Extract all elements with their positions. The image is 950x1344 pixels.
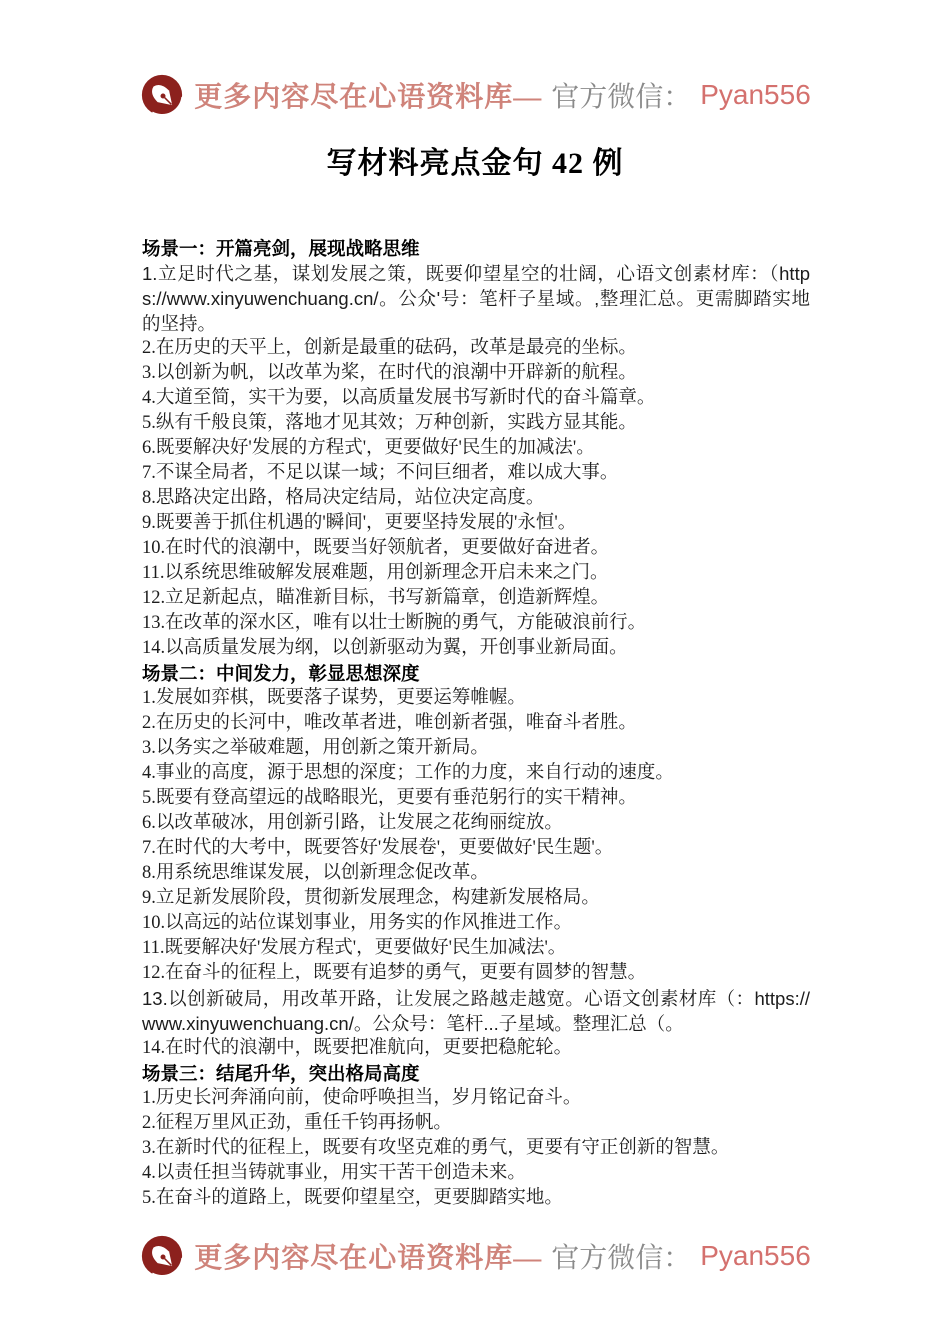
header-banner: 更多内容尽在心语资料库— 官方微信： Pyan556: [0, 72, 950, 118]
sentence-item: 12.立足新起点，瞄准新目标，书写新篇章，创造新辉煌。: [142, 586, 810, 611]
section-heading: 场景三：结尾升华，突出格局高度: [142, 1061, 810, 1086]
sentence-item: 1.发展如弈棋，既要落子谋势，更要运筹帷幄。: [142, 686, 810, 711]
footer-banner: 更多内容尽在心语资料库— 官方微信： Pyan556: [0, 1233, 950, 1279]
sentence-item: 7.在时代的大考中，既要答好'发展卷'，更要做好'民生题'。: [142, 836, 810, 861]
sentence-item: 9.立足新发展阶段，贯彻新发展理念，构建新发展格局。: [142, 886, 810, 911]
sentence-item: 14.以高质量发展为纲，以创新驱动为翼，开创事业新局面。: [142, 636, 810, 661]
sentence-item: 8.思路决定出路，格局决定结局，站位决定高度。: [142, 486, 810, 511]
sentence-item: 10.在时代的浪潮中，既要当好领航者，更要做好奋进者。: [142, 536, 810, 561]
sentence-item: 7.不谋全局者，不足以谋一域；不问巨细者，难以成大事。: [142, 461, 810, 486]
sentence-item: 4.事业的高度，源于思想的深度；工作的力度，来自行动的速度。: [142, 761, 810, 786]
sentence-item: 5.纵有千般良策，落地才见其效；万种创新，实践方显其能。: [142, 411, 810, 436]
sentence-item: 13.以创新破局，用改革开路，让发展之路越走越宽。心语文创素材库（：https:…: [142, 986, 810, 1036]
banner-brand-text: 更多内容尽在心语资料库—: [194, 75, 542, 115]
sentence-item: 2.在历史的长河中，唯改革者进，唯创新者强，唯奋斗者胜。: [142, 711, 810, 736]
banner-wechat-label: 官方微信：: [551, 75, 691, 115]
sentence-item: 13.在改革的深水区，唯有以壮士断腕的勇气，方能破浪前行。: [142, 611, 810, 636]
sentence-item: 11.以系统思维破解发展难题，用创新理念开启未来之门。: [142, 561, 810, 586]
sentence-item: 3.以务实之举破难题，用创新之策开新局。: [142, 736, 810, 761]
sentence-item: 5.在奋斗的道路上，既要仰望星空，更要脚踏实地。: [142, 1186, 810, 1211]
sentence-item: 8.用系统思维谋发展，以创新理念促改革。: [142, 861, 810, 886]
sentence-item: 9.既要善于抓住机遇的'瞬间'，更要坚持发展的'永恒'。: [142, 511, 810, 536]
sentence-item: 2.在历史的天平上，创新是最重的砝码，改革是最亮的坐标。: [142, 336, 810, 361]
sentence-item: 6.既要解决好'发展的方程式'，更要做好'民生的加减法'。: [142, 436, 810, 461]
sentence-item: 4.大道至简，实干为要，以高质量发展书写新时代的奋斗篇章。: [142, 386, 810, 411]
sentence-item: 5.既要有登高望远的战略眼光，更要有垂范躬行的实干精神。: [142, 786, 810, 811]
banner-wechat-label: 官方微信：: [551, 1236, 691, 1276]
section-heading: 场景一：开篇亮剑，展现战略思维: [142, 236, 810, 261]
banner-wechat-id: Pyan556: [700, 1240, 811, 1272]
sentence-item: 12.在奋斗的征程上，既要有追梦的勇气，更要有圆梦的智慧。: [142, 961, 810, 986]
sentence-item: 3.以创新为帆，以改革为桨，在时代的浪潮中开辟新的航程。: [142, 361, 810, 386]
sentence-item: 10.以高远的站位谋划事业，用务实的作风推进工作。: [142, 911, 810, 936]
section-heading: 场景二：中间发力，彰显思想深度: [142, 661, 810, 686]
sentence-item: 11.既要解决好'发展方程式'，更要做好'民生加减法'。: [142, 936, 810, 961]
document-title: 写材料亮点金句 42 例: [0, 138, 950, 182]
sentence-item: 4.以责任担当铸就事业，用实干苦干创造未来。: [142, 1161, 810, 1186]
banner-brand-text: 更多内容尽在心语资料库—: [194, 1236, 542, 1276]
sentence-item: 1.历史长河奔涌向前，使命呼唤担当，岁月铭记奋斗。: [142, 1086, 810, 1111]
pen-nib-circle-icon: [139, 72, 185, 118]
pen-nib-circle-icon: [139, 1233, 185, 1279]
sentence-item: 6.以改革破冰，用创新引路，让发展之花绚丽绽放。: [142, 811, 810, 836]
sentence-item: 14.在时代的浪潮中，既要把准航向，更要把稳舵轮。: [142, 1036, 810, 1061]
sentence-item: 1.立足时代之基，谋划发展之策，既要仰望星空的壮阔，心语文创素材库：（https…: [142, 261, 810, 336]
document-body: 场景一：开篇亮剑，展现战略思维 1.立足时代之基，谋划发展之策，既要仰望星空的壮…: [142, 236, 810, 1211]
sentence-item: 2.征程万里风正劲，重任千钧再扬帆。: [142, 1111, 810, 1136]
banner-wechat-id: Pyan556: [700, 79, 811, 111]
sentence-item: 3.在新时代的征程上，既要有攻坚克难的勇气，更要有守正创新的智慧。: [142, 1136, 810, 1161]
